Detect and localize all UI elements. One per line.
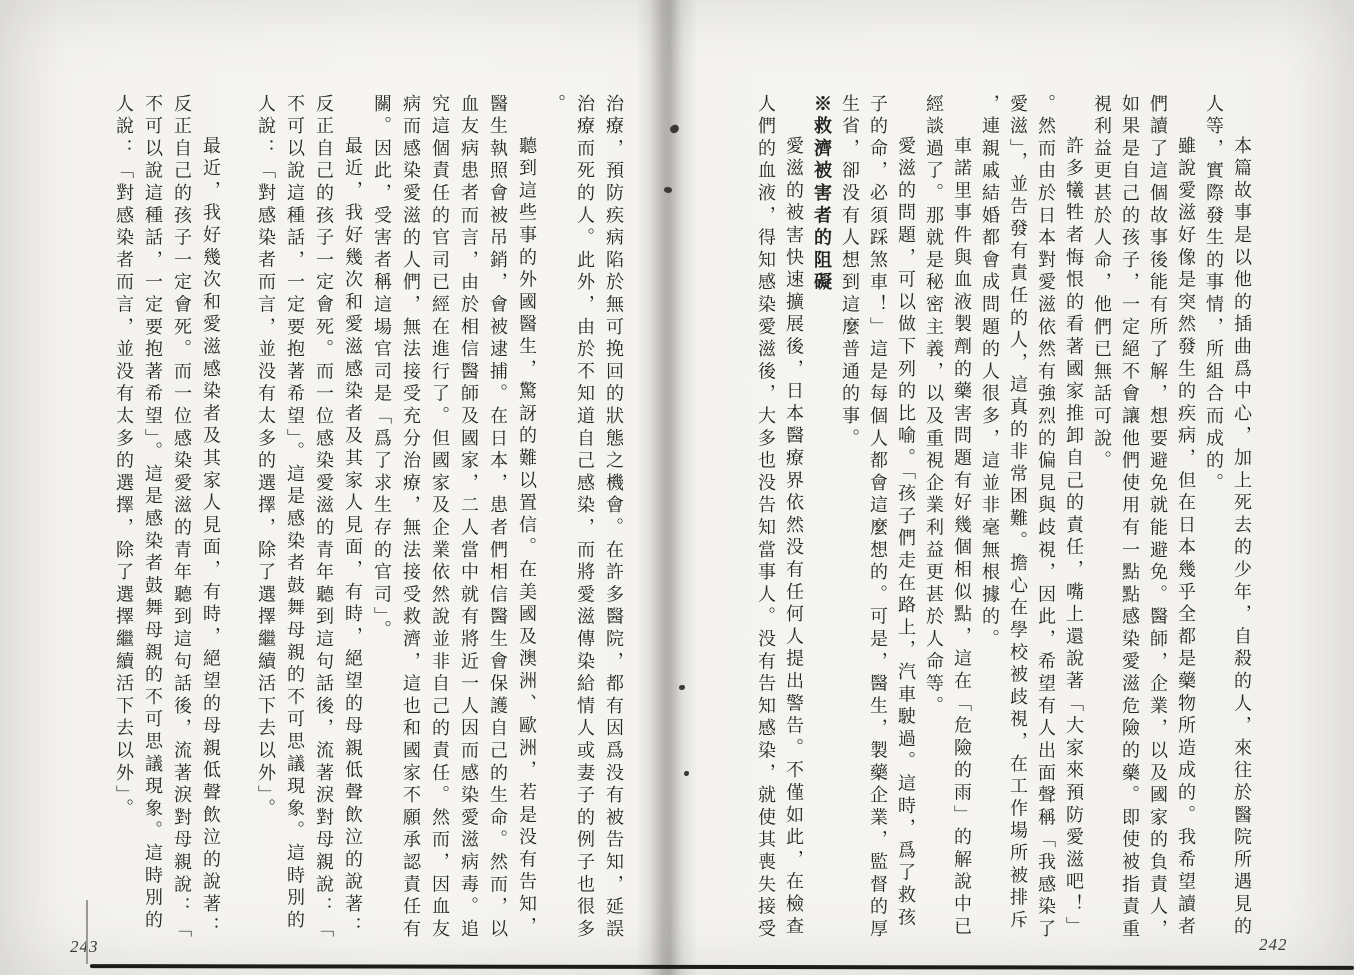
page-number-left: 243 <box>70 937 99 957</box>
text-column: 。 <box>541 94 570 960</box>
text-column: 究這個責任的官司已經在進行了。但國家及企業依然說並非自己的責任。然而，因血友 <box>425 94 454 960</box>
text-column: 聽到這些事的外國醫生，驚訝的難以置信。在美國及澳洲、歐洲，若是没有告知， <box>512 94 541 960</box>
text-column: 病而感染愛滋的人們，無法接受充分治療，無法接受救濟，這也和國家不願承認責任有 <box>396 94 425 960</box>
text-column: 愛滋的問題，可以做下列的比喻。「孩子們走在路上，汽車駛過。這時，爲了救孩 <box>892 94 920 960</box>
text-column: 車諾里事件與血液製劑的藥害問題有好幾個相似點，這在「危險的雨」的解說中已 <box>948 94 976 960</box>
text-column: 人們的血液，得知感染愛滋後，大多也没告知當事人。没有告知感染，就使其喪失接受 <box>752 94 780 960</box>
text-column: 們讀了這個故事後能有所了解，想要避免就能避免。醫師，企業，以及國家的負責人， <box>1144 94 1172 960</box>
text-column: 愛滋的被害快速擴展後，日本醫療界依然没有任何人提出警告。不僅如此，在檢查 <box>780 94 808 960</box>
text-column: 反正自己的孩子一定會死。而一位感染愛滋的青年聽到這句話後，流著淚對母親說：「 <box>167 94 196 960</box>
scan-bottom-edge <box>90 964 1354 970</box>
book-scan: 治療，預防疾病陷於無可挽回的狀態之機會。在許多醫院，都有因爲没有被告知，延誤治療… <box>0 0 1354 975</box>
text-column: 雖說愛滋好像是突然發生的疾病，但在日本幾乎全都是藥物所造成的。我希望讀者 <box>1172 94 1200 960</box>
text-column: 生省，卻没有人想到這麼普通的事。 <box>836 94 864 960</box>
right-page-columns: 本篇故事是以他的插曲爲中心，加上死去的少年，自殺的人，來往於醫院所遇見的人等，實… <box>750 94 1256 960</box>
text-column: 愛滋」，並告發有責任的人，這真的非常困難。擔心在學校被歧視，在工作場所被排斥 <box>1004 94 1032 960</box>
text-column: 最近，我好幾次和愛滋感染者及其家人見面，有時，絕望的母親低聲飲泣的說著： <box>338 94 367 960</box>
text-column: 本篇故事是以他的插曲爲中心，加上死去的少年，自殺的人，來往於醫院所遇見的 <box>1228 94 1256 960</box>
text-column: 關。因此，受害者稱這場官司是「爲了求生存的官司」。 <box>367 94 396 960</box>
text-column: 人說：「對感染者而言，並没有太多的選擇，除了選擇繼續活下去以外」。 <box>109 94 138 960</box>
text-column: 最近，我好幾次和愛滋感染者及其家人見面，有時，絕望的母親低聲飲泣的說著： <box>196 94 225 960</box>
text-column: 如果是自己的孩子，一定絕不會讓他們使用有一點點感染愛滋危險的藥。即使被指責重 <box>1116 94 1144 960</box>
text-column: 醫生執照會被吊銷，會被逮捕。在日本，患者們相信醫生會保護自己的生命。然而，以 <box>483 94 512 960</box>
text-column: 許多犧牲者悔恨的看著國家推卸自己的責任，嘴上還說著「大家來預防愛滋吧！」 <box>1060 94 1088 960</box>
section-heading: ※救濟被害者的阻礙 <box>808 94 836 960</box>
left-page-columns: 治療，預防疾病陷於無可挽回的狀態之機會。在許多醫院，都有因爲没有被告知，延誤治療… <box>100 94 628 960</box>
text-column: 不可以說這種話，一定要抱著希望」。這是感染者鼓舞母親的不可思議現象。這時別的 <box>138 94 167 960</box>
scan-edge-mark <box>86 900 88 964</box>
text-column: 子的命，必須踩煞車！」這是每個人都會這麼想的。可是，醫生，製藥企業，監督的厚 <box>864 94 892 960</box>
text-column: ，連親戚結婚都會成問題的人很多，這並非毫無根據的。 <box>976 94 1004 960</box>
text-column: 血友病患者而言，由於相信醫師及國家，二人當中就有將近一人因而感染愛滋病毒。追 <box>454 94 483 960</box>
text-column: 。然而由於日本對愛滋依然有強烈的偏見與歧視，因此，希望有人出面聲稱「我感染了 <box>1032 94 1060 960</box>
text-column: 治療而死的人。此外，由於不知道自己感染，而將愛滋傳染給情人或妻子的例子也很多 <box>570 94 599 960</box>
book-gutter <box>636 0 698 975</box>
text-column: 治療，預防疾病陷於無可挽回的狀態之機會。在許多醫院，都有因爲没有被告知，延誤 <box>599 94 628 960</box>
text-column: 人等，實際發生的事情，所組合而成的。 <box>1200 94 1228 960</box>
text-column: 不可以說這種話，一定要抱著希望」。這是感染者鼓舞母親的不可思議現象。這時別的 <box>280 94 309 960</box>
page-number-right: 242 <box>1259 935 1288 955</box>
text-column: 視利益更甚於人命，他們已無話可說。 <box>1088 94 1116 960</box>
text-column: 人說：「對感染者而言，並没有太多的選擇，除了選擇繼續活下去以外」。 <box>251 94 280 960</box>
text-column: 經談過了。那就是秘密主義，以及重視企業利益更甚於人命等。 <box>920 94 948 960</box>
text-column: 反正自己的孩子一定會死。而一位感染愛滋的青年聽到這句話後，流著淚對母親說：「 <box>309 94 338 960</box>
